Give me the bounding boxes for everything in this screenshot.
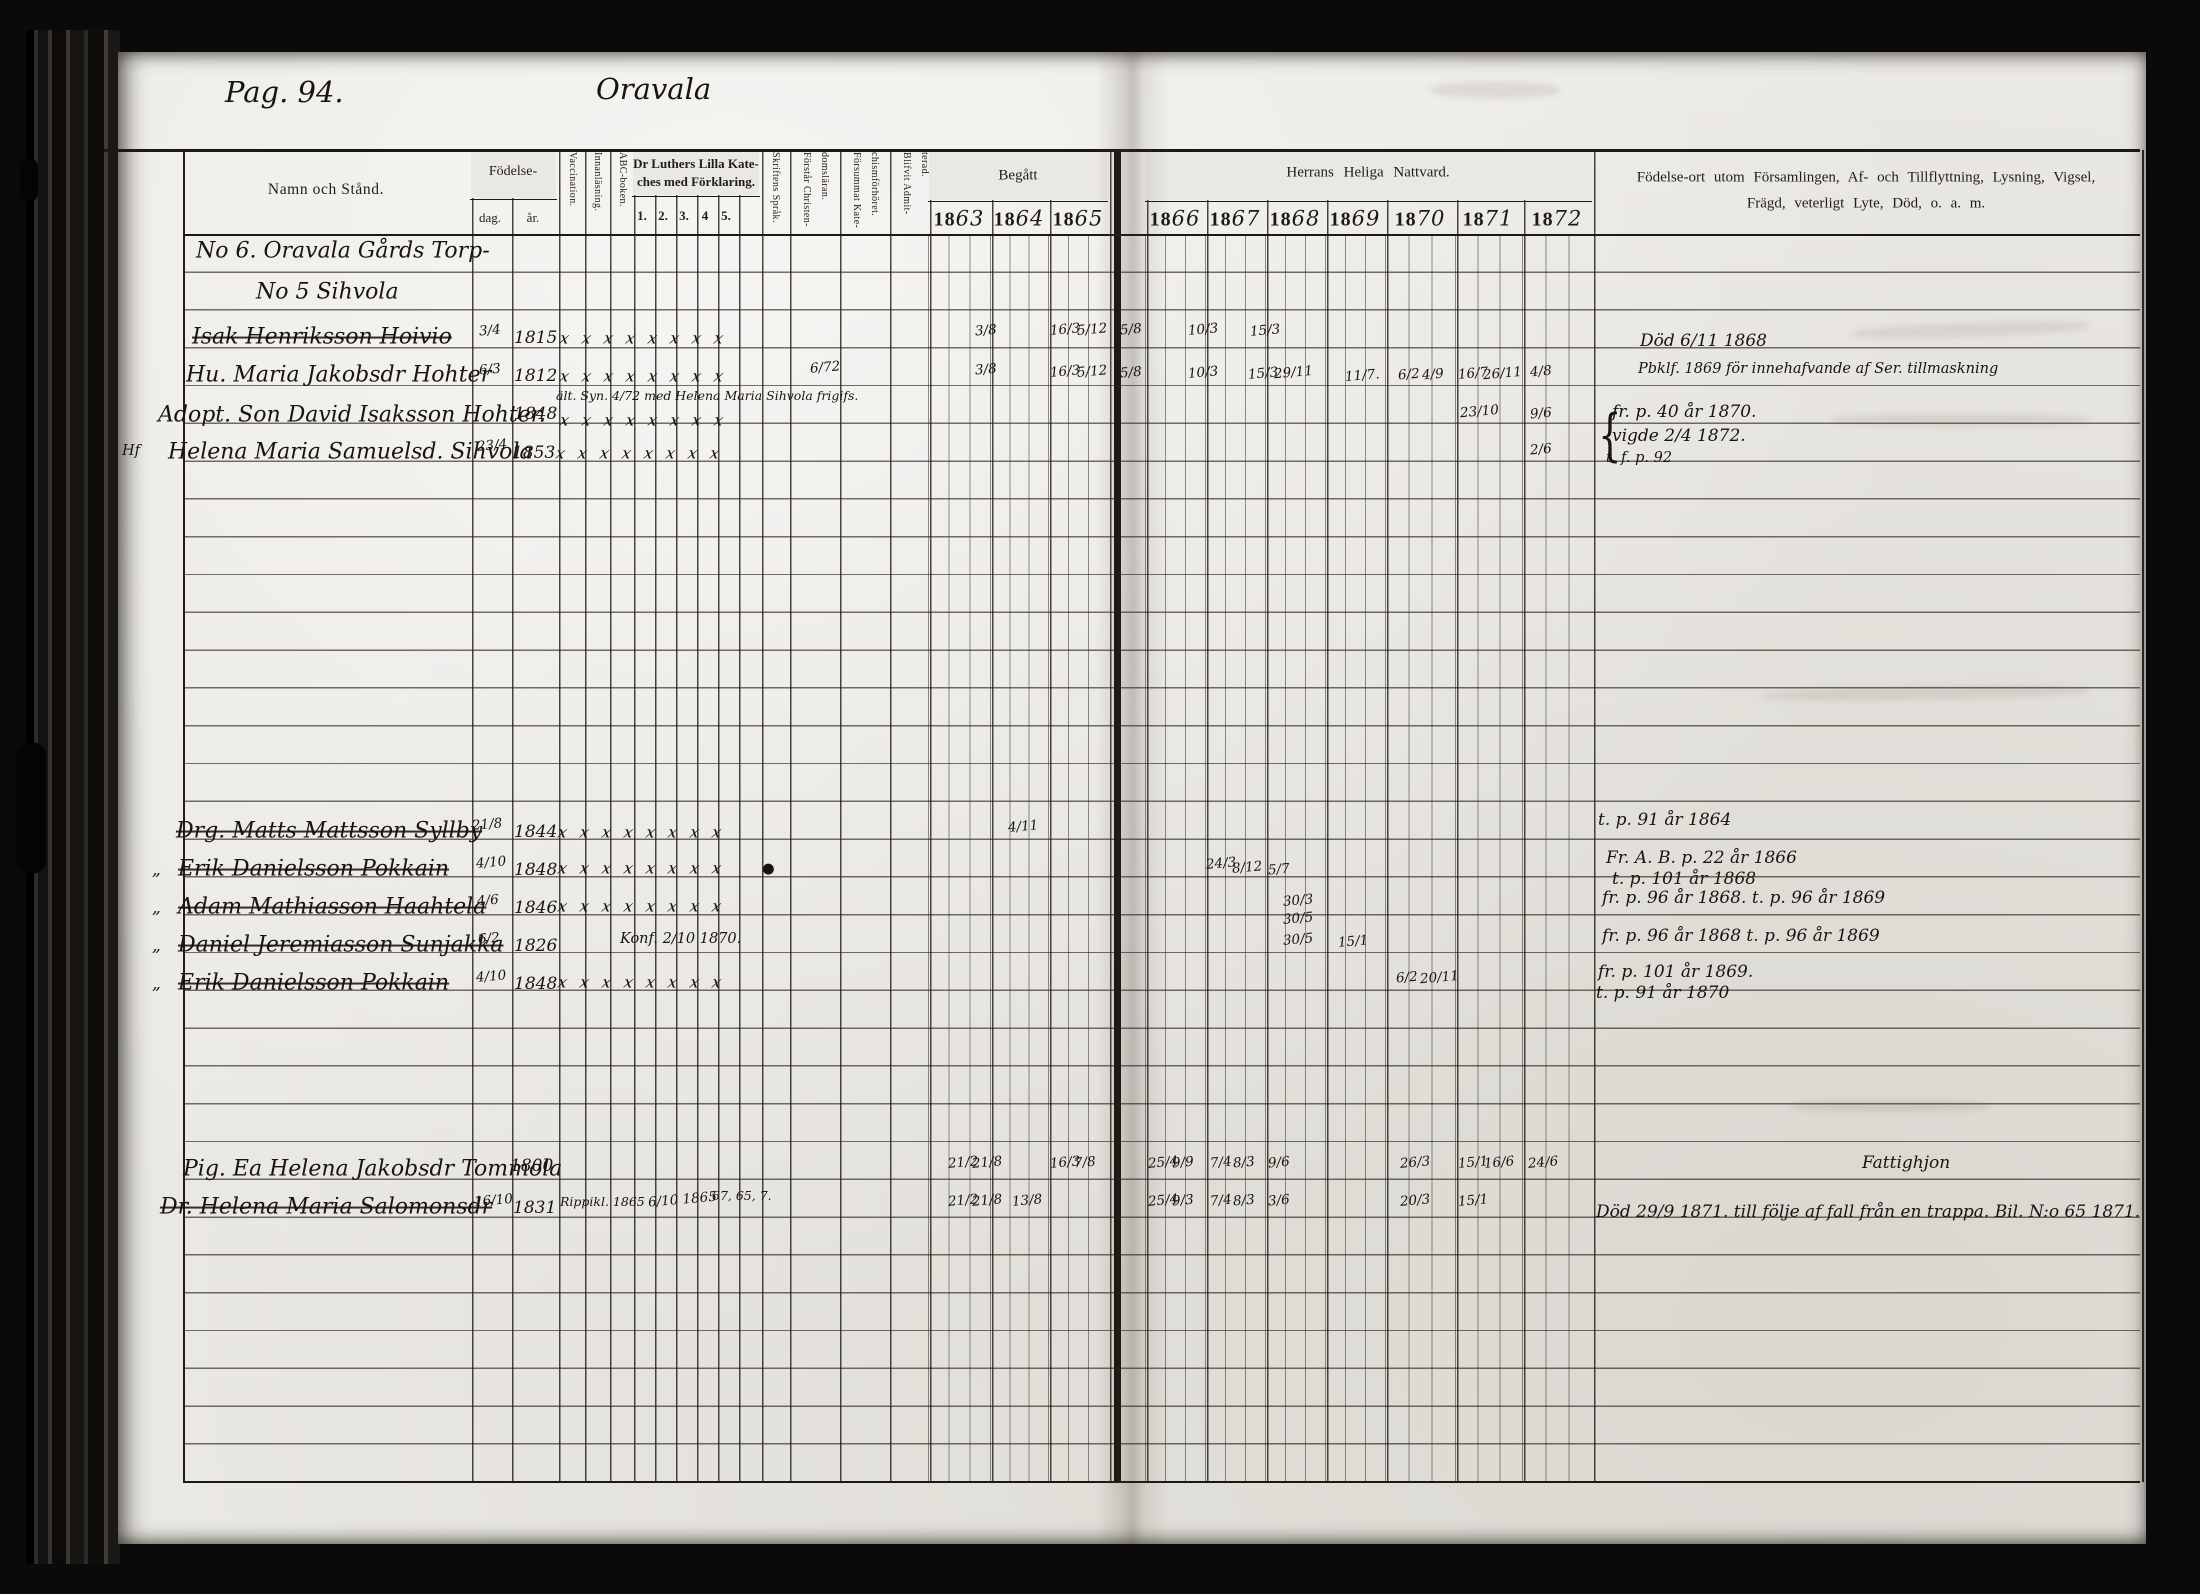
column-header-innanlasning: Innanläsning. (588, 152, 606, 234)
ditto-mark: „ (152, 862, 161, 878)
year-subcolumns (928, 235, 990, 1482)
communion-date-mark: 10/3 (1187, 322, 1218, 337)
year-printed-prefix: 18 (1053, 209, 1075, 231)
year-script-digits: 69 (1352, 207, 1381, 231)
year-header-1870: 1870 (1395, 207, 1446, 232)
communion-date-mark: 3/6 (1267, 1194, 1290, 1209)
communion-date-mark: 15/1 (1457, 1193, 1488, 1208)
birth-date: 4/10 (475, 855, 506, 870)
communion-date-mark: 6/2 (1395, 971, 1418, 986)
annotation-note: t. f. p. 92 (1606, 452, 1672, 466)
birth-year: 1815 (514, 330, 557, 346)
year-script-digits: 65 (1075, 207, 1104, 231)
communion-date-mark: 6/72 (809, 360, 840, 375)
communion-date-mark: 29/11 (1274, 365, 1314, 381)
ditto-mark: „ (152, 938, 161, 954)
page-fold-shadow (1096, 52, 1170, 1544)
header-subrule (928, 201, 1108, 202)
birth-year: 1831 (513, 1200, 556, 1216)
header-subrule (1145, 201, 1592, 202)
section-heading: No 5 Sihvola (256, 283, 399, 304)
annotation-note: fr. p. 101 år 1869. (1598, 964, 1753, 980)
communion-date-mark: 3/8 (974, 324, 997, 339)
communion-date-mark: 9/3 (1171, 1194, 1194, 1209)
reading-marks: xxxxxxxx (556, 974, 735, 989)
birth-year: 1812 (514, 368, 557, 384)
kateches-subcolumn-2: 2. (658, 208, 668, 224)
ditto-mark: „ (152, 900, 161, 916)
annotation-note: Fr. A. B. p. 22 år 1866 (1606, 850, 1797, 866)
year-script-digits: 66 (1172, 207, 1201, 231)
year-printed-prefix: 18 (1463, 209, 1485, 231)
communion-date-mark: 11/7. (1345, 368, 1381, 384)
birth-year: 1800 (510, 1158, 553, 1174)
communion-date-mark: 23/10 (1460, 404, 1500, 420)
birth-year: 1853 (512, 445, 555, 461)
reading-marks: xxxxxxxx (558, 330, 737, 345)
birth-year: 1848 (514, 406, 557, 422)
communion-date-mark: 4/9 (1421, 368, 1444, 383)
year-script-digits: 64 (1016, 207, 1045, 231)
annotation-note: Fattighjon (1862, 1155, 1950, 1171)
column-header-namn: Namn och Stånd. (268, 181, 384, 199)
communion-date-mark: 5/8 (1119, 323, 1142, 338)
communion-date-mark: 5/12 (1076, 322, 1107, 337)
confirmation-note: Rippikl. 1865 (560, 1196, 645, 1208)
communion-date-mark: 13/8 (1011, 1193, 1042, 1208)
communion-date-mark: 9/6 (1529, 407, 1552, 422)
annotation-note: Pbklf. 1869 för innehafvande af Ser. til… (1638, 363, 1998, 377)
communion-date-mark: 7/8 (1073, 1156, 1096, 1171)
communion-date-mark: 20/3 (1399, 1193, 1430, 1208)
year-header-1872: 1872 (1532, 207, 1583, 232)
column-header-begatt: Begått (998, 168, 1037, 185)
communion-date-mark: 7/4 (1209, 1194, 1232, 1209)
communion-date-mark: 10/3 (1187, 365, 1218, 380)
year-script-digits: 68 (1292, 207, 1321, 231)
birth-date: 6/3 (478, 363, 501, 378)
year-header-1871: 1871 (1463, 207, 1514, 232)
year-script-digits: 71 (1485, 207, 1514, 231)
birth-date: 3/4 (478, 324, 501, 339)
section-heading: No 6. Oravala Gårds Torp- (196, 242, 490, 263)
communion-date-mark: 8/3 (1232, 1156, 1255, 1171)
year-subcolumns (1385, 235, 1455, 1482)
column-header-forstar-christendomslaran: Förstår Christen- domsläran. (797, 152, 833, 234)
reading-marks: xxxxxxxx (556, 824, 735, 839)
annotation-note: t. p. 91 år 1864 (1598, 812, 1731, 828)
confirmation-note: Konf. 2/10 1870. (620, 933, 741, 947)
communion-date-mark: 15/1 (1337, 934, 1368, 949)
year-header-1865: 1865 (1053, 207, 1104, 232)
communion-date-mark: 3/8 (974, 363, 997, 378)
column-header-abc-boken: ABC-boken. (613, 152, 631, 234)
annotation-note: Död 29/9 1871. till följe af fall från e… (1596, 1204, 2140, 1220)
communion-date-mark: 7/4 (1209, 1156, 1232, 1171)
year-header-1869: 1869 (1330, 207, 1381, 232)
header-subrule (470, 199, 557, 200)
entry-name: Drg. Matts Mattsson Syllby (176, 822, 482, 843)
entry-name: Dr. Helena Maria Salomonsdr (160, 1198, 492, 1219)
communion-date-mark: 21/8 (971, 1193, 1002, 1208)
communion-date-mark: 30/5 (1282, 932, 1313, 947)
year-subcolumns (990, 235, 1048, 1482)
year-printed-prefix: 18 (1532, 209, 1554, 231)
communion-date-mark: 2/6 (1529, 443, 1552, 458)
communion-date-mark: 30/3 (1282, 893, 1313, 908)
reading-marks: xxxxxxxx (556, 898, 735, 913)
column-header-blifvit-admitterad: Blifvit Admit- terad. (897, 152, 933, 234)
entry-name: Adopt. Son David Isaksson Hohter. (158, 406, 546, 427)
entry-name: Adam Mathiasson Haahtela (178, 898, 486, 919)
entry-name: Isak Henriksson Hoivio (192, 328, 452, 349)
year-script-digits: 63 (956, 207, 985, 231)
column-header-fodelse: Födelse- (489, 164, 537, 180)
column-header-ar: år. (527, 210, 540, 226)
interlinear-note: ält. Syn. 4/72 med Helena Maria Sihvola … (556, 390, 858, 402)
communion-date-mark: 8/12 (1231, 860, 1262, 875)
handwritten-note: 67, 65, 7. (712, 1190, 772, 1202)
year-subcolumns (1455, 235, 1522, 1482)
column-header-right-line2: Frägd, veterligt Lyte, Död, o. a. m. (1747, 196, 1985, 213)
reading-marks: xxxxxxxx (558, 368, 737, 383)
header-subrule (632, 196, 760, 197)
bleed-through-smudge (1430, 82, 1560, 98)
ditto-mark: „ (152, 976, 161, 992)
column-header-nattvard: Herrans Heliga Nattvard. (1286, 165, 1449, 182)
birth-year: 1826 (514, 938, 557, 954)
year-script-digits: 67 (1232, 207, 1261, 231)
book-edge-shadow (20, 158, 38, 202)
year-script-digits: 70 (1417, 207, 1446, 231)
communion-date-mark: 21/8 (971, 1155, 1002, 1170)
year-printed-prefix: 18 (934, 209, 956, 231)
margin-mark: Hf (122, 445, 140, 459)
birth-year: 1846 (514, 900, 557, 916)
communion-date-mark: 9/6 (1267, 1156, 1290, 1171)
entry-name: Erik Danielsson Pokkain (178, 860, 449, 881)
book-edge-shadow (16, 742, 46, 874)
birth-date: 4/6 (476, 894, 499, 909)
column-header-forsummat-katechismforhoret: Försummat Kate- chismförhöret. (847, 152, 883, 234)
birth-year: 1848 (514, 976, 557, 992)
entry-name: Daniel Jeremiasson Sunjakka (178, 936, 504, 957)
year-header-1864: 1864 (994, 207, 1045, 232)
annotation-note: fr. p. 96 år 1868. t. p. 96 år 1869 (1602, 890, 1885, 906)
scanned-register-page: Namn och Stånd. Födelse- dag. år. Vaccin… (0, 0, 2200, 1594)
column-header-kateches-line2: ches med Förklaring. (637, 174, 755, 190)
reading-marks: xxxxxxxx (558, 412, 737, 427)
communion-date-mark: 26/3 (1399, 1155, 1430, 1170)
communion-date-mark: 4/11 (1007, 819, 1038, 834)
annotation-note: Död 6/11 1868 (1640, 333, 1767, 349)
column-header-dag: dag. (479, 210, 501, 226)
year-printed-prefix: 18 (994, 209, 1016, 231)
communion-date-mark: 5/12 (1076, 364, 1107, 379)
year-header-1867: 1867 (1210, 207, 1261, 232)
column-header-vaccination: Vaccination. (563, 152, 581, 234)
year-subcolumns (1265, 235, 1325, 1482)
communion-date-mark: 16/6 (1483, 1155, 1514, 1170)
column-header-right-line1: Födelse-ort utom Församlingen, Af- och T… (1637, 170, 2095, 187)
birth-year: 1844 (514, 824, 557, 840)
year-printed-prefix: 18 (1395, 209, 1417, 231)
communion-date-mark: 20/11 (1420, 970, 1460, 986)
year-script-digits: 72 (1554, 207, 1583, 231)
kateches-subcolumn-1: 1. (637, 208, 647, 224)
annotation-note: vigde 2/4 1872. (1612, 428, 1746, 444)
communion-date-mark: 26/11 (1483, 366, 1523, 382)
entry-name: Pig. Ea Helena Jakobsdr Tommola (183, 1160, 562, 1181)
reading-marks: xxxxxxxx (554, 445, 733, 460)
annotation-note: fr. p. 96 år 1868 t. p. 96 år 1869 (1602, 928, 1880, 944)
communion-date-mark: 5/8 (1119, 366, 1142, 381)
page-title-script: Oravala (596, 76, 711, 104)
ink-dot: ● (762, 863, 775, 877)
kateches-subcolumn-3: 3. (679, 208, 689, 224)
birth-date: 6/2 (477, 932, 500, 947)
communion-date-mark: 6/2 (1397, 368, 1420, 383)
column-header-kateches-line1: Dr Luthers Lilla Kate- (633, 156, 759, 172)
year-subcolumns (1325, 235, 1385, 1482)
birth-year: 1848 (514, 862, 557, 878)
year-header-1866: 1866 (1150, 207, 1201, 232)
annotation-note: t. p. 91 år 1870 (1596, 985, 1729, 1001)
communion-date-mark: 4/8 (1529, 365, 1552, 380)
reading-marks: xxxxxxxx (556, 860, 735, 875)
year-printed-prefix: 18 (1150, 209, 1172, 231)
communion-date-mark: 8/3 (1232, 1194, 1255, 1209)
year-printed-prefix: 18 (1210, 209, 1232, 231)
communion-date-mark: 9/9 (1171, 1156, 1194, 1171)
kateches-subcolumn-4: 4 (702, 208, 709, 224)
column-header-skriftens-sprak: Skriftens Språk. (766, 152, 784, 234)
communion-date-mark: 30/5 (1282, 911, 1313, 926)
annotation-note: t. p. 101 år 1868 (1612, 871, 1756, 887)
communion-date-mark: 5/7 (1267, 863, 1290, 878)
communion-date-mark: 15/3 (1249, 323, 1280, 338)
year-printed-prefix: 18 (1330, 209, 1352, 231)
kateches-subcolumn-5: 5. (721, 208, 731, 224)
birth-date: 16/10 (474, 1193, 514, 1209)
year-header-1863: 1863 (934, 207, 985, 232)
communion-date-mark: 24/6 (1527, 1155, 1558, 1170)
birth-date: 23/4 (476, 438, 507, 453)
annotation-note: fr. p. 40 år 1870. (1612, 404, 1756, 420)
year-printed-prefix: 18 (1270, 209, 1292, 231)
birth-date: 4/10 (475, 969, 506, 984)
entry-name: Erik Danielsson Pokkain (178, 974, 449, 995)
entry-name: Hu. Maria Jakobsdr Hohter (186, 366, 491, 387)
year-header-1868: 1868 (1270, 207, 1321, 232)
page-number: Pag. 94. (225, 79, 344, 107)
